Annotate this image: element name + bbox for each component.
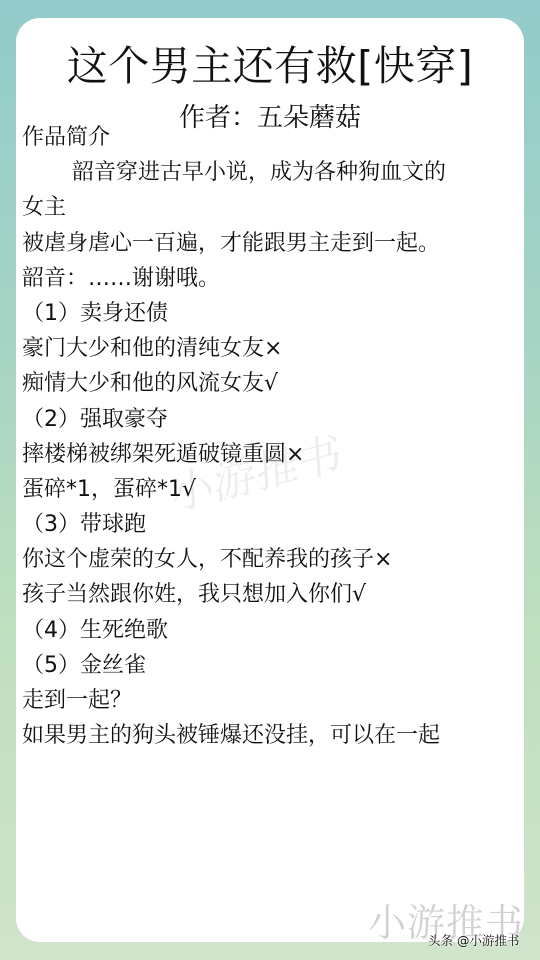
section-heading: 作品简介 xyxy=(22,120,522,155)
chapter-heading: （2）强取豪夺 xyxy=(22,402,522,437)
synopsis-line: 蛋碎*1，蛋碎*1√ xyxy=(22,472,522,507)
synopsis-line: 韶音：……谢谢哦。 xyxy=(22,261,522,296)
book-title: 这个男主还有救[快穿] xyxy=(16,40,524,92)
chapter-heading: （4）生死绝歌 xyxy=(22,613,522,648)
synopsis-card: 这个男主还有救[快穿] 作者：五朵蘑菇 作品简介 韶音穿进古早小说，成为各种狗血… xyxy=(16,18,524,942)
synopsis-line: 痴情大少和他的风流女友√ xyxy=(22,366,522,401)
synopsis-line: 走到一起？ xyxy=(22,683,522,718)
chapter-heading: （1）卖身还债 xyxy=(22,296,522,331)
synopsis-line: 如果男主的狗头被锤爆还没挂，可以在一起 xyxy=(22,718,522,753)
synopsis-line: 孩子当然跟你姓，我只想加入你们√ xyxy=(22,577,522,612)
synopsis-line: 女主 xyxy=(22,190,522,225)
synopsis-line: 豪门大少和他的清纯女友× xyxy=(22,331,522,366)
synopsis-line: 被虐身虐心一百遍，才能跟男主走到一起。 xyxy=(22,226,522,261)
synopsis-line: 韶音穿进古早小说，成为各种狗血文的 xyxy=(22,155,522,190)
chapter-heading: （3）带球跑 xyxy=(22,507,522,542)
synopsis-body: 作品简介 韶音穿进古早小说，成为各种狗血文的 女主 被虐身虐心一百遍，才能跟男主… xyxy=(22,120,522,753)
chapter-heading: （5）金丝雀 xyxy=(22,648,522,683)
synopsis-line: 你这个虚荣的女人，不配养我的孩子× xyxy=(22,542,522,577)
synopsis-line: 摔楼梯被绑架死遁破镜重圆× xyxy=(22,437,522,472)
source-attribution: 头条 @小游推书 xyxy=(428,931,519,949)
